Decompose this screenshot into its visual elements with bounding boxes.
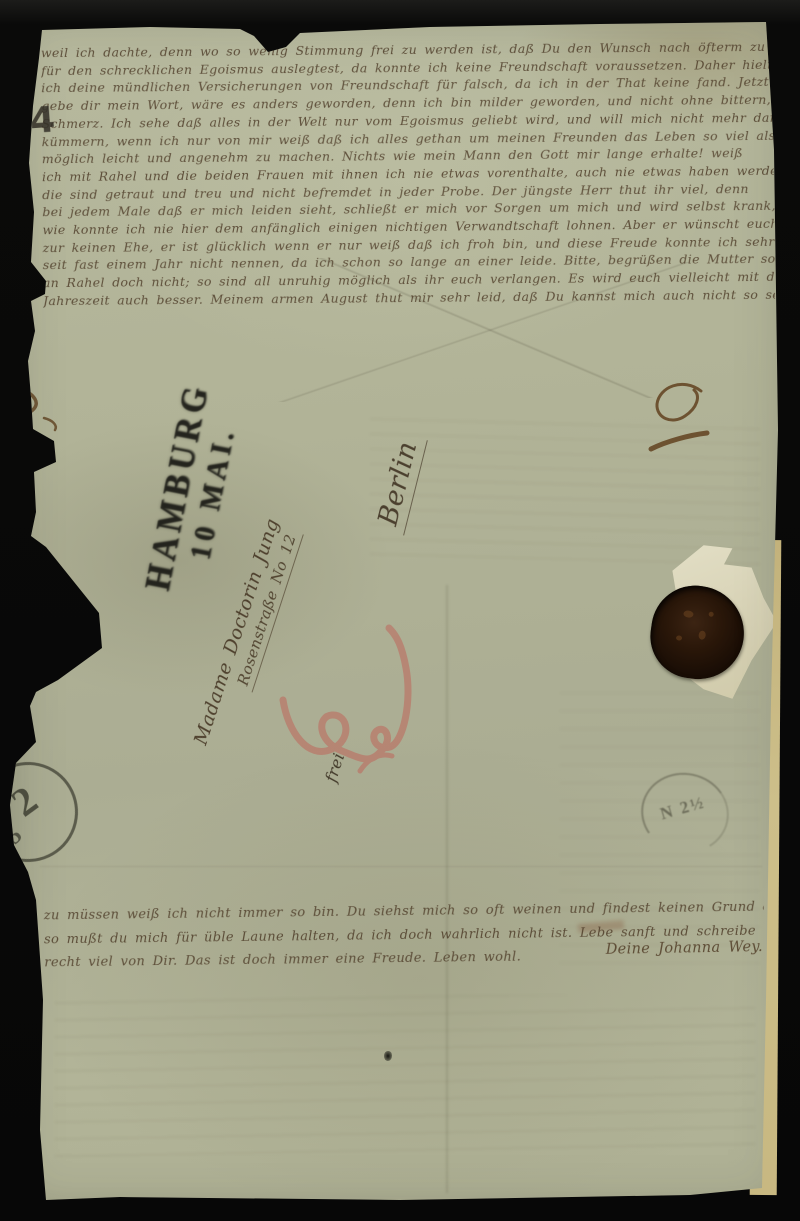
postmark-number-large: 2 [2,776,46,826]
edge-ink-doodle [18,388,56,459]
bottom-text-block: zu müssen weiß ich nicht immer so bin. D… [44,896,765,975]
postmark-number-small: 5 [1,823,28,851]
postmark-text: N 2½ [658,793,708,825]
top-text-block: weil ich dachte, denn wo so wenig Stimmu… [41,38,775,310]
red-chalk-mark [283,628,408,771]
ink-bleed-through [55,995,755,1160]
page-number: 4 [29,99,57,142]
fold-crease [40,866,762,867]
letter-sheet: weil ich dachte, denn wo so wenig Stimmu… [0,0,800,1221]
left-circular-postmark: 2 5 [0,751,89,872]
fold-crease [446,585,448,1193]
scan-background: weil ich dachte, denn wo so wenig Stimmu… [0,0,800,1221]
franking-note: frei [321,751,348,785]
ink-bleed-through [370,418,760,568]
